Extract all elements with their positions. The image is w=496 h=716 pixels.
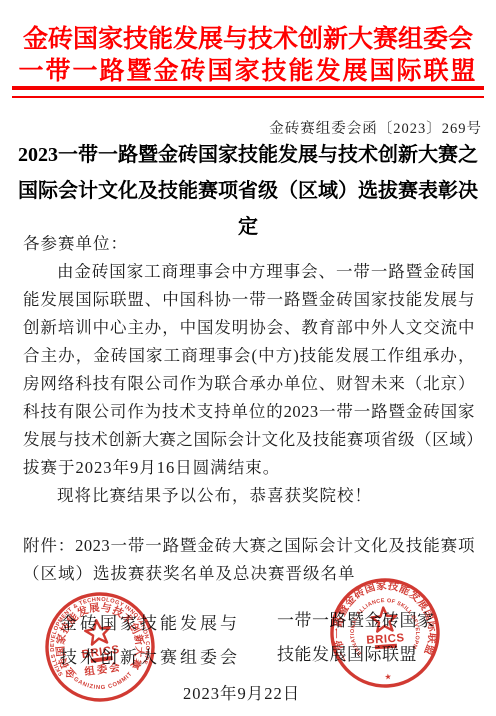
document-number: 金砖赛组委会函〔2023〕269号 <box>269 117 482 138</box>
body-line: 现将比赛结果予以公布，恭喜获奖院校！ <box>23 482 475 510</box>
svg-text:一带一路暨金砖国家技能发展国际联盟: 一带一路暨金砖国家技能发展国际联盟 <box>327 575 441 664</box>
seal-bottom-star-icon: ★ <box>384 672 392 681</box>
organizing-committee-seal: BRICS SKILLS DEVELOPMENT & TECHNOLOGY IN… <box>34 581 165 712</box>
star-icon <box>84 619 112 646</box>
letterhead-line-1: 金砖国家技能发展与技术创新大赛组委会 <box>0 24 496 56</box>
star-icon <box>371 607 397 632</box>
body-line: 创新培训中心主办，中国发明协会、教育部中外人文交流中心联 <box>23 314 475 342</box>
letterhead: 金砖国家技能发展与技术创新大赛组委会 一带一路暨金砖国家技能发展国际联盟 <box>0 24 496 88</box>
international-alliance-seal: 一带一路暨金砖国家技能发展国际联盟 INTERNATIONAL ALLIANCE… <box>323 571 447 695</box>
official-document-page: 金砖国家技能发展与技术创新大赛组委会 一带一路暨金砖国家技能发展国际联盟 金砖赛… <box>0 0 496 716</box>
letterhead-line-2: 一带一路暨金砖国家技能发展国际联盟 <box>0 56 496 88</box>
document-body: 各参赛单位： 由金砖国家工商理事会中方理事会、一带一路暨金砖国家技 能发展国际联… <box>23 230 475 588</box>
divider-thin-line <box>12 96 484 98</box>
title-line-1: 2023一带一路暨金砖国家技能发展与技术创新大赛之 <box>16 137 480 173</box>
divider-thick-line <box>12 86 484 90</box>
body-line: 能发展国际联盟、中国科协一带一路暨金砖国家技能发展与技术 <box>23 286 475 314</box>
document-title: 2023一带一路暨金砖国家技能发展与技术创新大赛之 国际会计文化及技能赛项省级（… <box>16 137 480 245</box>
attachment-line: 附件：2023一带一路暨金砖大赛之国际会计文化及技能赛项省级 <box>23 532 475 560</box>
body-line: 合主办，金砖国家工商理事会(中方)技能发展工作组承办，云帐 <box>23 342 475 370</box>
paragraph-gap <box>23 510 475 532</box>
document-date: 2023年9月22日 <box>183 680 300 704</box>
body-line: 科技有限公司作为技术支持单位的2023一带一路暨金砖国家技能 <box>23 398 475 426</box>
body-line: 发展与技术创新大赛之国际会计文化及技能赛项省级（区域）选 <box>23 426 475 454</box>
body-line: 由金砖国家工商理事会中方理事会、一带一路暨金砖国家技 <box>23 258 475 286</box>
salutation: 各参赛单位： <box>23 230 475 258</box>
seal-chinese-ring-text: 一带一路暨金砖国家技能发展国际联盟 <box>327 575 441 664</box>
body-line: 房网络科技有限公司作为联合承办单位、财智未来（北京）教育 <box>23 370 475 398</box>
seal-committee-label: 组委会 <box>84 660 123 678</box>
letterhead-divider <box>12 86 484 98</box>
body-line: 拔赛于2023年9月16日圆满结束。 <box>23 454 475 482</box>
